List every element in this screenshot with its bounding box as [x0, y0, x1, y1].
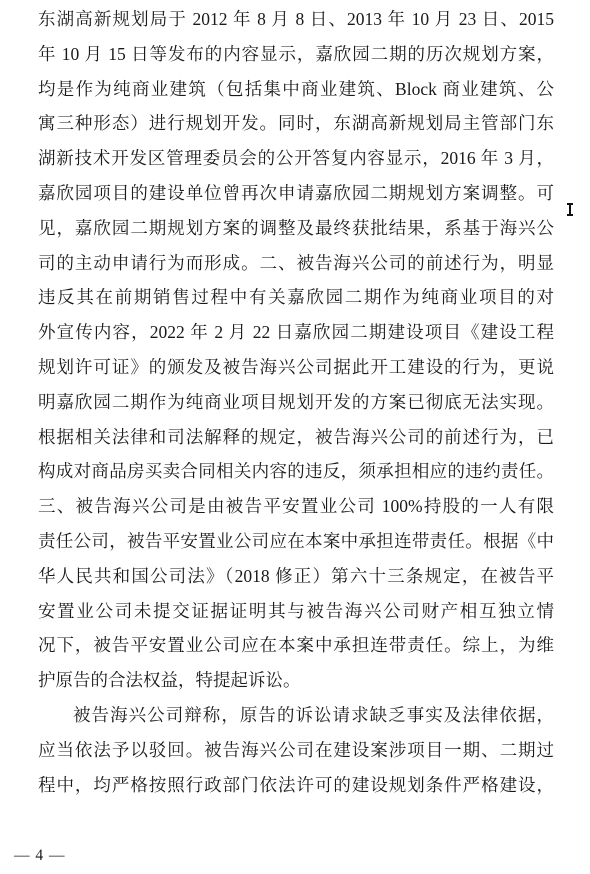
text-line[interactable]: 根据相关法律和司法解释的规定，被告海兴公司的前述行为，已 — [38, 420, 554, 455]
text-line[interactable]: 责任公司，被告平安置业公司应在本案中承担连带责任。根据《中 — [38, 524, 554, 559]
text-line[interactable]: 华人民共和国公司法》（2018 修正）第六十三条规定，在被告平 — [38, 559, 554, 594]
text-line[interactable]: 程中，均严格按照行政部门依法许可的建设规划条件严格建设， — [38, 768, 554, 803]
body-text[interactable]: 东湖高新规划局于 2012 年 8 月 8 日、2013 年 10 月 23 日… — [38, 2, 554, 802]
text-line[interactable]: 规划许可证》的颁发及被告海兴公司据此开工建设的行为，更说 — [38, 350, 554, 385]
text-line[interactable]: 寓三种形态）进行规划开发。同时，东湖高新规划局主管部门东 — [38, 106, 554, 141]
text-line[interactable]: 嘉欣园项目的建设单位曾再次申请嘉欣园二期规划方案调整。可 — [38, 176, 554, 211]
text-line-paragraph-end[interactable]: 护原告的合法权益，特提起诉讼。 — [38, 663, 554, 698]
i-beam-cap-bottom — [567, 214, 573, 216]
text-line[interactable]: 明嘉欣园二期作为纯商业项目规划开发的方案已彻底无法实现。 — [38, 385, 554, 420]
text-line[interactable]: 安置业公司未提交证据证明其与被告海兴公司财产相互独立情 — [38, 594, 554, 629]
page-number: — 4 — — [14, 846, 66, 866]
i-beam-cursor-icon — [566, 203, 574, 216]
text-line[interactable]: 司的主动申请行为而形成。二、被告海兴公司的前述行为，明显 — [38, 246, 554, 281]
i-beam-stem — [569, 204, 571, 215]
text-line[interactable]: 外宣传内容，2022 年 2 月 22 日嘉欣园二期建设项目《建设工程 — [38, 315, 554, 350]
text-line[interactable]: 应当依法予以驳回。被告海兴公司在建设案涉项目一期、二期过 — [38, 733, 554, 768]
text-line[interactable]: 违反其在前期销售过程中有关嘉欣园二期作为纯商业项目的对 — [38, 280, 554, 315]
text-line[interactable]: 东湖高新规划局于 2012 年 8 月 8 日、2013 年 10 月 23 日… — [38, 2, 554, 37]
text-line[interactable]: 见，嘉欣园二期规划方案的调整及最终获批结果，系基于海兴公 — [38, 211, 554, 246]
text-line[interactable]: 构成对商品房买卖合同相关内容的违反，须承担相应的违约责任。 — [38, 454, 554, 489]
text-line[interactable]: 况下，被告平安置业公司应在本案中承担连带责任。综上，为维 — [38, 628, 554, 663]
document-page: 东湖高新规划局于 2012 年 8 月 8 日、2013 年 10 月 23 日… — [0, 0, 590, 874]
text-line[interactable]: 三、被告海兴公司是由被告平安置业公司 100%持股的一人有限 — [38, 489, 554, 524]
text-line[interactable]: 均是作为纯商业建筑（包括集中商业建筑、Block 商业建筑、公 — [38, 72, 554, 107]
text-line[interactable]: 年 10 月 15 日等发布的内容显示，嘉欣园二期的历次规划方案， — [38, 37, 554, 72]
text-line-paragraph-start[interactable]: 被告海兴公司辩称，原告的诉讼请求缺乏事实及法律依据， — [38, 698, 554, 733]
text-line[interactable]: 湖新技术开发区管理委员会的公开答复内容显示，2016 年 3 月， — [38, 141, 554, 176]
